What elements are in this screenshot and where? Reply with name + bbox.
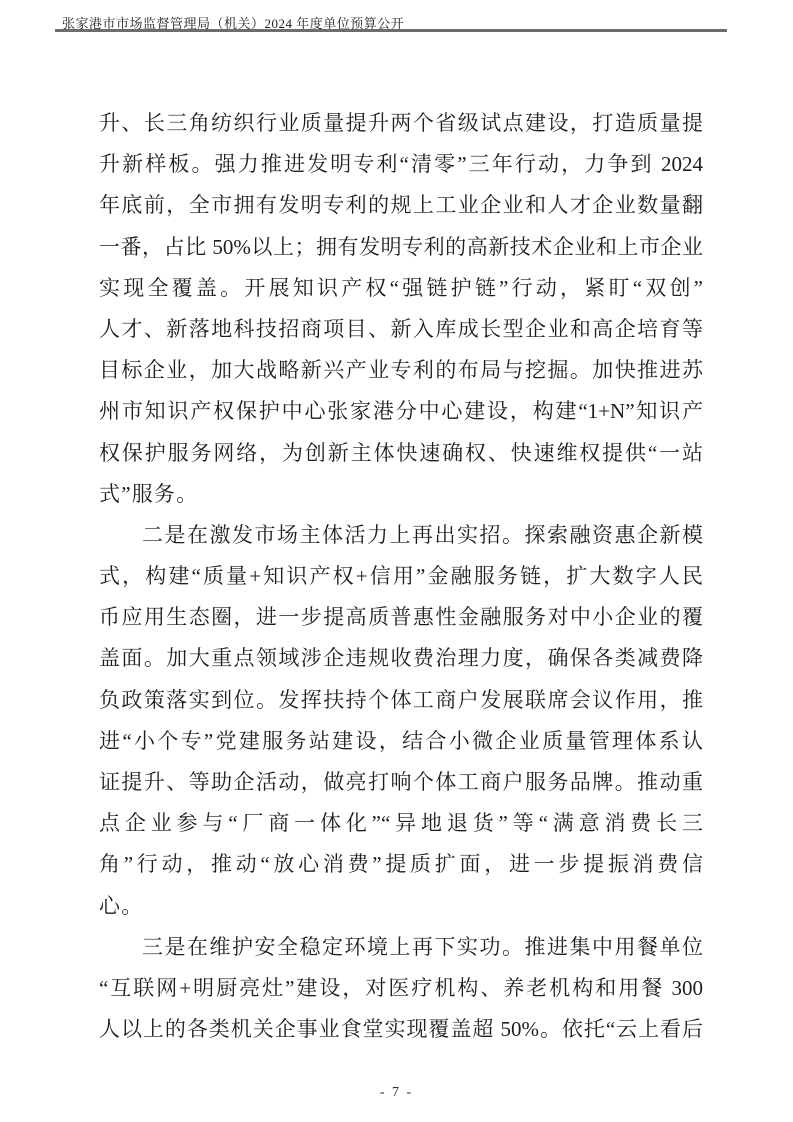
text-line: 权保护服务网络，为创新主体快速确权、快速维权提供“一站 <box>99 433 703 474</box>
document-page: { "page": { "header": "张家港市市场监督管理局（机关）20… <box>0 0 793 1122</box>
text-line: 升新样板。强力推进发明专利“清零”三年行动，力争到 2024 <box>99 144 703 185</box>
text-line: 人才、新落地科技招商项目、新入库成长型企业和高企培育等 <box>99 309 703 350</box>
text-line: 负政策落实到位。发挥扶持个体工商户发展联席会议作用，推 <box>99 680 703 721</box>
text-line: 进“小个专”党建服务站建设，结合小微企业质量管理体系认 <box>99 721 703 762</box>
text-line: “互联网+明厨亮灶”建设，对医疗机构、养老机构和用餐 300 <box>99 968 703 1009</box>
text-line: 目标企业，加大战略新兴产业专利的布局与挖掘。加快推进苏 <box>99 350 703 391</box>
text-line: 证提升、等助企活动，做亮打响个体工商户服务品牌。推动重 <box>99 762 703 803</box>
text-line: 式，构建“质量+知识产权+信用”金融服务链，扩大数字人民 <box>99 556 703 597</box>
text-line: 角”行动，推动“放心消费”提质扩面，进一步提振消费信 <box>99 844 703 885</box>
text-line: 年底前，全市拥有发明专利的规上工业企业和人才企业数量翻 <box>99 185 703 226</box>
text-line: 一番，占比 50%以上；拥有发明专利的高新技术企业和上市企业 <box>99 227 703 268</box>
text-line: 二是在激发市场主体活力上再出实招。探索融资惠企新模 <box>99 515 703 556</box>
text-line: 三是在维护安全稳定环境上再下实功。推进集中用餐单位 <box>99 927 703 968</box>
text-line: 州市知识产权保护中心张家港分中心建设，构建“1+N”知识产 <box>99 391 703 432</box>
text-line: 点企业参与“厂商一体化”“异地退货”等“满意消费长三 <box>99 803 703 844</box>
text-line: 币应用生态圈，进一步提高质普惠性金融服务对中小企业的覆 <box>99 597 703 638</box>
page-number: - 7 - <box>0 1085 793 1101</box>
text-line: 升、长三角纺织行业质量提升两个省级试点建设，打造质量提 <box>99 103 703 144</box>
text-line: 人以上的各类机关企事业食堂实现覆盖超 50%。依托“云上看后 <box>99 1009 703 1050</box>
body-text: 升、长三角纺织行业质量提升两个省级试点建设，打造质量提升新样板。强力推进发明专利… <box>99 103 703 1050</box>
header-divider-rule <box>55 29 727 32</box>
text-line: 心。 <box>99 886 703 927</box>
text-line: 式”服务。 <box>99 474 703 515</box>
text-line: 盖面。加大重点领域涉企违规收费治理力度，确保各类减费降 <box>99 638 703 679</box>
text-line: 实现全覆盖。开展知识产权“强链护链”行动，紧盯“双创” <box>99 268 703 309</box>
